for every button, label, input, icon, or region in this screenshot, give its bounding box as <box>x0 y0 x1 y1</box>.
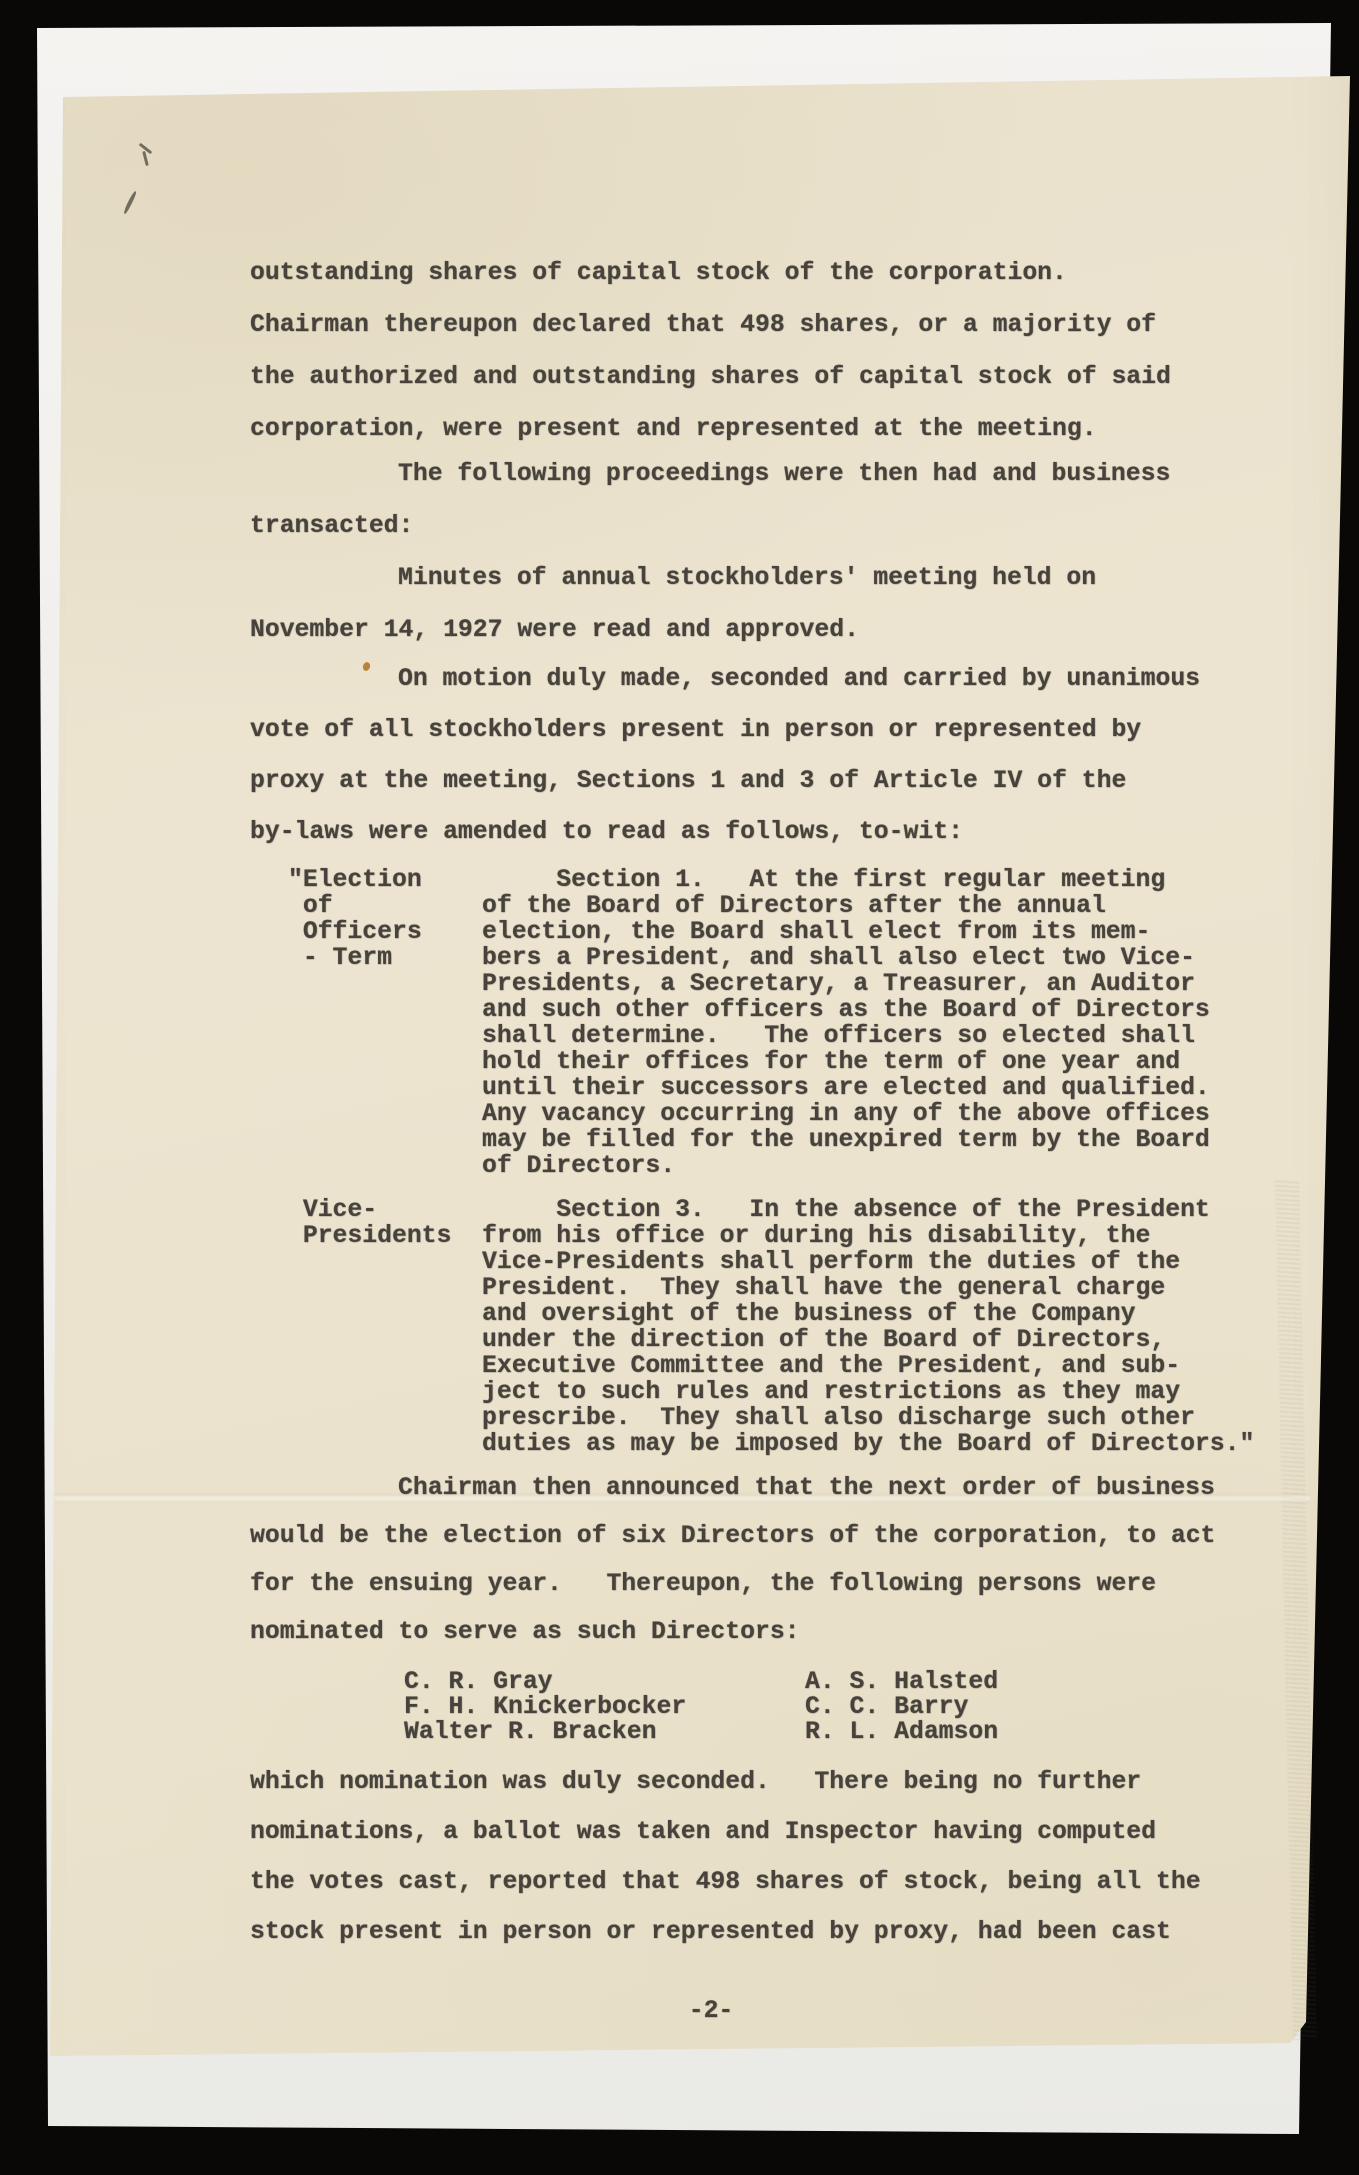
text-line: ject to such rules and restrictions as t… <box>482 1379 1254 1405</box>
text-line: until their successors are elected and q… <box>482 1075 1210 1101</box>
text-line: the votes cast, reported that 498 shares… <box>250 1857 1201 1907</box>
nominee-name: C. R. Gray <box>404 1670 805 1695</box>
paragraph-election-announcement: Chairman then announced that the next or… <box>250 1464 1215 1656</box>
text-line: proxy at the meeting, Sections 1 and 3 o… <box>250 756 1200 807</box>
text-line: outstanding shares of capital stock of t… <box>250 247 1171 299</box>
text-line: stock present in person or represented b… <box>250 1907 1201 1957</box>
bylaw-section-3-text: Section 3. In the absence of the Preside… <box>482 1197 1254 1457</box>
page-number: -2- <box>250 1997 1172 2025</box>
text-line: prescribe. They shall also discharge suc… <box>482 1405 1254 1431</box>
nominee-name: Walter R. Bracken <box>404 1720 805 1745</box>
text-line: Any vacancy occurring in any of the abov… <box>482 1101 1210 1127</box>
text-line: Officers <box>288 919 422 945</box>
text-line: may be filled for the unexpired term by … <box>482 1127 1210 1153</box>
paragraph-proceedings: The following proceedings were then had … <box>250 448 1170 552</box>
text-line: On motion duly made, seconded and carrie… <box>250 654 1200 705</box>
text-line: for the ensuing year. Thereupon, the fol… <box>250 1560 1215 1608</box>
nominee-row: Walter R. BrackenR. L. Adamson <box>404 1720 998 1745</box>
text-line: vote of all stockholders present in pers… <box>250 705 1200 756</box>
text-line: would be the election of six Directors o… <box>250 1512 1215 1560</box>
text-line: Section 3. In the absence of the Preside… <box>482 1197 1254 1223</box>
text-line: under the direction of the Board of Dire… <box>482 1327 1254 1353</box>
paragraph-continued: outstanding shares of capital stock of t… <box>250 247 1171 455</box>
text-line: Chairman thereupon declared that 498 sha… <box>250 299 1171 351</box>
text-line: which nomination was duly seconded. Ther… <box>250 1757 1201 1807</box>
text-line: the authorized and outstanding shares of… <box>250 351 1171 403</box>
scan-viewport: { "colors":{ "background":"#0a0807", "ba… <box>0 0 1359 2175</box>
text-line: Vice-Presidents shall perform the duties… <box>482 1249 1254 1275</box>
nominee-name: A. S. Halsted <box>805 1668 998 1696</box>
text-line: nominations, a ballot was taken and Insp… <box>250 1807 1201 1857</box>
text-line: and oversight of the business of the Com… <box>482 1301 1254 1327</box>
nominee-row: C. R. GrayA. S. Halsted <box>404 1670 998 1695</box>
nominee-name: C. C. Barry <box>805 1693 968 1721</box>
text-line: bers a President, and shall also elect t… <box>482 945 1210 971</box>
text-line: Presidents, a Secretary, a Treasurer, an… <box>482 971 1210 997</box>
text-line: from his office or during his disability… <box>482 1223 1254 1249</box>
text-line: President. They shall have the general c… <box>482 1275 1254 1301</box>
text-line: duties as may be imposed by the Board of… <box>482 1431 1254 1457</box>
text-line: "Election <box>288 867 422 893</box>
nominee-name: R. L. Adamson <box>805 1718 998 1746</box>
text-line: Minutes of annual stockholders' meeting … <box>250 552 1096 604</box>
bylaw-section-1-text: Section 1. At the first regular meeting … <box>482 867 1210 1179</box>
paragraph-minutes: Minutes of annual stockholders' meeting … <box>250 552 1096 656</box>
text-line: Chairman then announced that the next or… <box>250 1464 1215 1512</box>
nominee-name: F. H. Knickerbocker <box>404 1695 805 1720</box>
text-line: by-laws were amended to read as follows,… <box>250 807 1200 858</box>
text-line: of <box>288 893 422 919</box>
text-line: election, the Board shall elect from its… <box>482 919 1210 945</box>
text-line: hold their offices for the term of one y… <box>482 1049 1210 1075</box>
text-line: shall determine. The officers so elected… <box>482 1023 1210 1049</box>
text-line: - Term <box>288 945 422 971</box>
text-line: of the Board of Directors after the annu… <box>482 893 1210 919</box>
text-line: Executive Committee and the President, a… <box>482 1353 1254 1379</box>
text-line: The following proceedings were then had … <box>250 448 1170 500</box>
text-line: nominated to serve as such Directors: <box>250 1608 1215 1656</box>
nominee-row: F. H. KnickerbockerC. C. Barry <box>404 1695 998 1720</box>
text-line: and such other officers as the Board of … <box>482 997 1210 1023</box>
text-line: Section 1. At the first regular meeting <box>482 867 1210 893</box>
paragraph-ballot: which nomination was duly seconded. Ther… <box>250 1757 1201 1957</box>
paragraph-motion: On motion duly made, seconded and carrie… <box>250 654 1200 858</box>
text-line: of Directors. <box>482 1153 1210 1179</box>
text-line: Vice- <box>288 1197 451 1223</box>
bylaw-section-3-margin-label: Vice- Presidents <box>288 1197 451 1249</box>
text-line: November 14, 1927 were read and approved… <box>250 604 1096 656</box>
text-line: Presidents <box>288 1223 451 1249</box>
nominee-list: C. R. GrayA. S. Halsted F. H. Knickerboc… <box>404 1670 998 1745</box>
text-line: transacted: <box>250 500 1170 552</box>
bylaw-section-1-margin-label: "Election of Officers - Term <box>288 867 422 971</box>
